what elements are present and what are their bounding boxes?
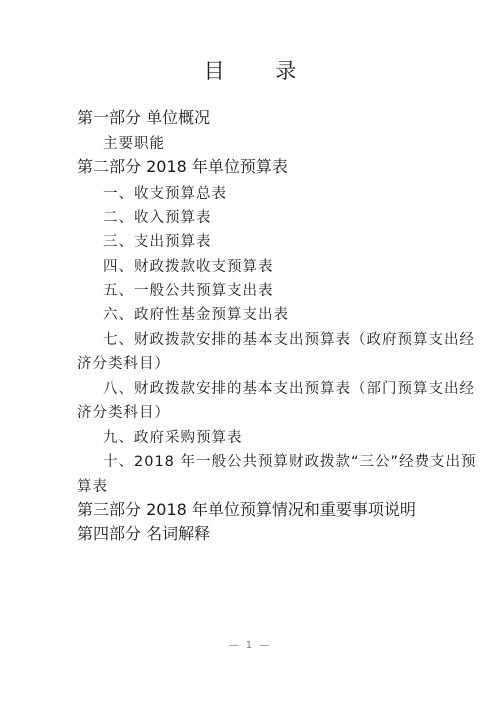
toc-part-1: 第一部分 单位概况 (77, 108, 210, 128)
toc-item-2: 二、收入预算表 (103, 208, 212, 228)
toc-item-10-cont: 算表 (77, 477, 108, 497)
toc-item-7-cont: 济分类科目） (77, 354, 170, 374)
toc-item-1: 一、收支预算总表 (103, 184, 227, 204)
toc-item-9: 九、政府采购预算表 (103, 428, 243, 448)
toc-item-main-functions: 主要职能 (103, 134, 165, 154)
toc-part-3: 第三部分 2018 年单位预算情况和重要事项说明 (77, 500, 416, 520)
toc-item-4: 四、财政拨款收支预算表 (103, 257, 274, 277)
page-number: — 1 — (0, 640, 500, 651)
toc-item-6: 六、政府性基金预算支出表 (103, 305, 289, 325)
toc-item-5: 五、一般公共预算支出表 (103, 281, 274, 301)
toc-item-3: 三、支出预算表 (103, 232, 212, 252)
toc-part-4: 第四部分 名词解释 (77, 524, 210, 544)
toc-item-10: 十、2018 年一般公共预算财政拨款“三公”经费支出预 (103, 452, 477, 472)
page-title: 目 录 (0, 55, 500, 85)
toc-item-7: 七、财政拨款安排的基本支出预算表（政府预算支出经 (103, 330, 475, 350)
toc-item-8-cont: 济分类科目） (77, 403, 170, 423)
toc-part-2: 第二部分 2018 年单位预算表 (77, 157, 288, 177)
toc-item-8: 八、财政拨款安排的基本支出预算表（部门预算支出经 (103, 379, 475, 399)
